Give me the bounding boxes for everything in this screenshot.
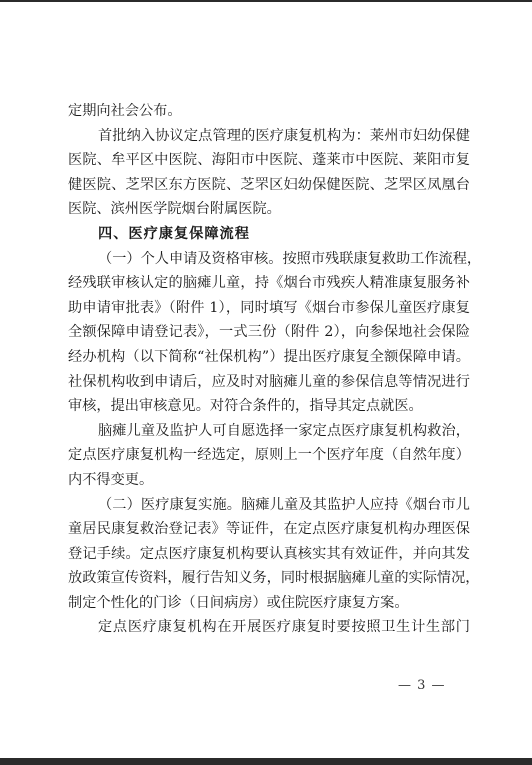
document-page: 定期向社会公布。 首批纳入协议定点管理的医疗康复机构为：莱州市妇幼保健 医院、牟… [68, 99, 470, 640]
text-line: 登记手续。定点医疗康复机构要认真核实其有效证件，并向其发 [68, 542, 470, 567]
text-line: 医院、牟平区中医院、海阳市中医院、蓬莱市中医院、莱阳市复 [68, 148, 470, 173]
text-line: 内不得变更。 [68, 468, 470, 493]
text-line: 首批纳入协议定点管理的医疗康复机构为：莱州市妇幼保健 [68, 124, 470, 149]
text-line: 定点医疗康复机构在开展医疗康复时要按照卫生计生部门 [68, 615, 470, 640]
text-line: 定点医疗康复机构一经选定，原则上一个医疗年度（自然年度） [68, 443, 470, 468]
text-line: 脑瘫儿童及监护人可自愿选择一家定点医疗康复机构救治， [68, 419, 470, 444]
text-line: 经残联审核认定的脑瘫儿童，持《烟台市残疾人精准康复服务补 [68, 271, 470, 296]
text-line: 健医院、芝罘区东方医院、芝罘区妇幼保健医院、芝罘区凤凰台 [68, 173, 470, 198]
text-line: 医院、滨州医学院烟台附属医院。 [68, 197, 470, 222]
viewer-bottom-bar [0, 758, 532, 765]
text-line: 经办机构（以下简称“社保机构”）提出医疗康复全额保障申请。 [68, 345, 470, 370]
text-line: 放政策宣传资料，履行告知义务，同时根据脑瘫儿童的实际情况， [68, 566, 470, 591]
text-line: 童居民康复救治登记表》等证件，在定点医疗康复机构办理医保 [68, 517, 470, 542]
text-line: 全额保障申请登记表》，一式三份（附件 2），向参保地社会保险 [68, 320, 470, 345]
viewer-top-bar [0, 0, 532, 2]
text-line: 审核，提出审核意见。对符合条件的，指导其定点就医。 [68, 394, 470, 419]
text-line: （一）个人申请及资格审核。按照市残联康复救助工作流程， [68, 247, 470, 272]
page-number: — 3 — [398, 678, 446, 693]
text-line: 助申请审批表》（附件 1），同时填写《烟台市参保儿童医疗康复 [68, 296, 470, 321]
section-heading: 四、医疗康复保障流程 [68, 222, 470, 247]
text-line: （二）医疗康复实施。脑瘫儿童及其监护人应持《烟台市儿 [68, 493, 470, 518]
text-line: 制定个性化的门诊（日间病房）或住院医疗康复方案。 [68, 591, 470, 616]
text-line: 定期向社会公布。 [68, 99, 470, 124]
text-line: 社保机构收到申请后，应及时对脑瘫儿童的参保信息等情况进行 [68, 370, 470, 395]
